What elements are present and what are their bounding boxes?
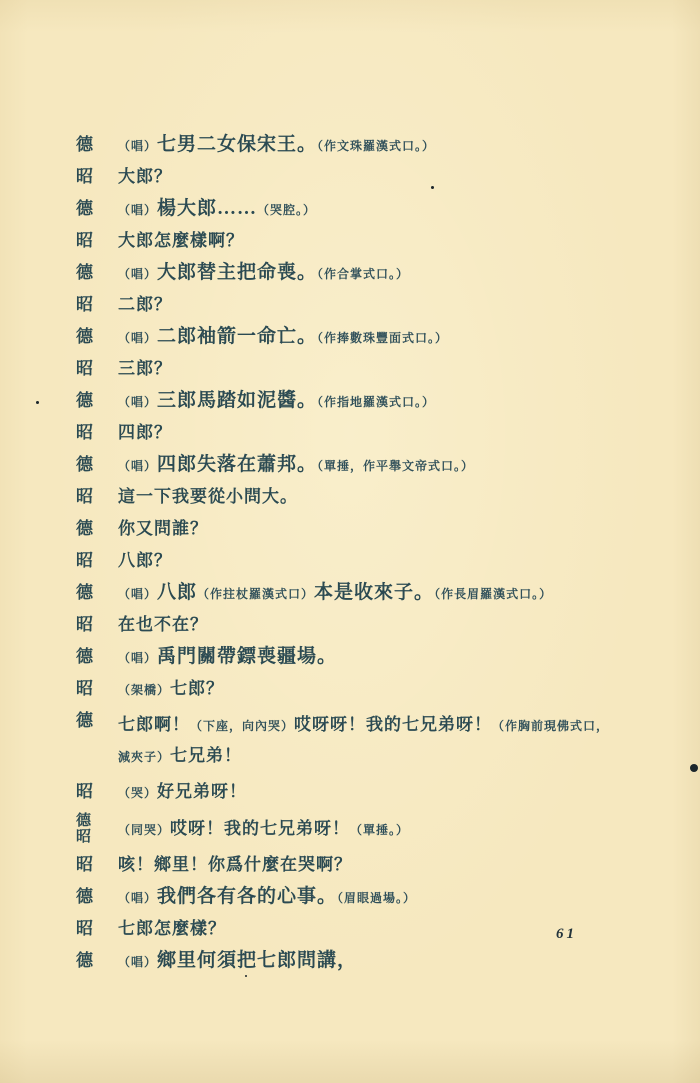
dialogue-content: （唱）四郎失落在蕭邦。（單捶，作平舉文帝式口。） — [118, 454, 474, 477]
stage-direction: （唱） — [118, 955, 157, 969]
dialogue-content: 三郎？ — [118, 358, 172, 381]
scanned-script-page: 德（唱）七男二女保宋王。（作文珠羅漢式口。）昭大郎？德（唱）楊大郎……（哭腔。）… — [0, 0, 700, 1083]
dialogue-text: 大郎替主把命喪。 — [157, 262, 317, 283]
ink-speck — [36, 401, 39, 404]
stage-direction: （唱） — [118, 459, 157, 473]
dialogue-content: （哭）好兄弟呀！ — [118, 781, 247, 804]
stage-direction: （唱） — [118, 891, 157, 905]
speaker-label: 昭 — [76, 230, 102, 252]
dialogue-row: 昭三郎？ — [76, 358, 621, 381]
speaker-label: 德 — [76, 710, 102, 732]
dialogue-text: 這一下我要從小問大。 — [118, 487, 298, 506]
dialogue-text: 在也不在？ — [118, 615, 208, 634]
dialogue-text: 大郎怎麼樣啊？ — [118, 231, 244, 250]
speaker-label: 德昭 — [76, 813, 102, 845]
dialogue-content: （唱）大郎替主把命喪。（作合掌式口。） — [118, 262, 409, 285]
dialogue-text: 本是收來子。 — [314, 582, 434, 603]
stage-direction: （眉眼過場。） — [337, 891, 416, 905]
dialogue-content: 你又問誰？ — [118, 518, 208, 541]
speaker-label: 德 — [76, 950, 102, 972]
dialogue-text: 八郎 — [157, 582, 197, 603]
dialogue-content: （架橋）七郎？ — [118, 678, 224, 701]
stage-direction: （單捶。） — [350, 823, 409, 837]
ink-speck — [690, 764, 698, 772]
dialogue-content: （唱）鄉里何須把七郎問講， — [118, 950, 357, 973]
dialogue-text: 鄉里何須把七郎問講， — [157, 950, 357, 971]
stage-direction: （作指地羅漢式口。） — [317, 395, 435, 409]
ink-speck — [431, 186, 434, 189]
stage-direction: （架橋） — [118, 683, 170, 697]
dialogue-text: 七男二女保宋王。 — [157, 134, 317, 155]
speaker-label: 德 — [76, 646, 102, 668]
dialogue-content: （唱）八郎（作拄杖羅漢式口）本是收來子。（作長眉羅漢式口。） — [118, 582, 552, 605]
speaker-label: 昭 — [76, 422, 102, 444]
stage-direction: （唱） — [118, 203, 157, 217]
dialogue-content: （唱）三郎馬踏如泥醬。（作指地羅漢式口。） — [118, 390, 435, 413]
speaker-label: 昭 — [76, 294, 102, 316]
speaker-label: 德 — [76, 198, 102, 220]
dialogue-row: 德（唱）三郎馬踏如泥醬。（作指地羅漢式口。） — [76, 390, 621, 413]
speaker-label: 德 — [76, 582, 102, 604]
dialogue-text: 哎呀呀！我的七兄弟呀！ — [294, 715, 492, 734]
dialogue-content: 在也不在？ — [118, 614, 208, 637]
dialogue-text: 七郎啊！ — [118, 715, 190, 734]
dialogue-row: 昭（哭）好兄弟呀！ — [76, 781, 621, 804]
speaker-label: 德 — [76, 518, 102, 540]
dialogue-row: 德（唱）禹門關帶鏢喪疆場。 — [76, 646, 621, 669]
stage-direction: （唱） — [118, 331, 157, 345]
stage-direction: （下座，向內哭） — [190, 719, 294, 733]
dialogue-text: 二郎？ — [118, 295, 172, 314]
dialogue-text: 你又問誰？ — [118, 519, 208, 538]
stage-direction: （作拄杖羅漢式口） — [197, 587, 314, 601]
dialogue-content: 四郎？ — [118, 422, 172, 445]
dialogue-content: （同哭）哎呀！我的七兄弟呀！（單捶。） — [118, 818, 409, 841]
speaker-label: 昭 — [76, 550, 102, 572]
speaker-label: 德 — [76, 886, 102, 908]
dialogue-row: 昭在也不在？ — [76, 614, 621, 637]
stage-direction: （唱） — [118, 267, 157, 281]
dialogue-text: 三郎馬踏如泥醬。 — [157, 390, 317, 411]
speaker-label: 德 — [76, 134, 102, 156]
stage-direction: （作捧數珠豐面式口。） — [317, 331, 448, 345]
dialogue-content: （唱）二郎袖箭一命亡。（作捧數珠豐面式口。） — [118, 326, 448, 349]
speaker-label: 昭 — [76, 918, 102, 940]
dialogue-row: 昭八郎？ — [76, 550, 621, 573]
dialogue-content: 這一下我要從小問大。 — [118, 486, 298, 509]
dialogue-text: 咳！鄉里！你爲什麼在哭啊？ — [118, 855, 352, 874]
dialogue-text: 禹門關帶鏢喪疆場。 — [157, 646, 337, 667]
dialogue-content: （唱）楊大郎……（哭腔。） — [118, 198, 316, 221]
dialogue-row: 德（唱）四郎失落在蕭邦。（單捶，作平舉文帝式口。） — [76, 454, 621, 477]
ink-speck — [245, 975, 247, 977]
dialogue-row: 德（唱）鄉里何須把七郎問講， — [76, 950, 621, 973]
stage-direction: （同哭） — [118, 823, 170, 837]
dialogue-content: 大郎怎麼樣啊？ — [118, 230, 244, 253]
speaker-label: 德 — [76, 390, 102, 412]
dialogue-text: 好兄弟呀！ — [157, 782, 247, 801]
stage-direction: （作合掌式口。） — [317, 267, 409, 281]
stage-direction: （作長眉羅漢式口。） — [434, 587, 552, 601]
dialogue-text: 七郎怎麼樣？ — [118, 919, 226, 938]
dialogue-row: 德（唱）大郎替主把命喪。（作合掌式口。） — [76, 262, 621, 285]
speaker-label: 昭 — [76, 678, 102, 700]
speaker-label: 德 — [76, 326, 102, 348]
dialogue-row: 昭咳！鄉里！你爲什麼在哭啊？ — [76, 854, 621, 877]
speaker-label: 昭 — [76, 614, 102, 636]
dialogue-text: 大郎？ — [118, 167, 172, 186]
dialogue-text: 七兄弟！ — [170, 746, 242, 765]
dialogue-row: 德（唱）八郎（作拄杖羅漢式口）本是收來子。（作長眉羅漢式口。） — [76, 582, 621, 605]
dialogue-text: 七郎？ — [170, 679, 224, 698]
dialogue-text: 楊大郎…… — [157, 198, 257, 219]
speaker-label: 昭 — [76, 166, 102, 188]
speaker-label: 德 — [76, 454, 102, 476]
dialogue-text: 二郎袖箭一命亡。 — [157, 326, 317, 347]
dialogue-content: 咳！鄉里！你爲什麼在哭啊？ — [118, 854, 352, 877]
dialogue-row: 昭（架橋）七郎？ — [76, 678, 621, 701]
dialogue-text: 哎呀！我的七兄弟呀！ — [170, 819, 350, 838]
dialogue-text: 四郎失落在蕭邦。 — [157, 454, 317, 475]
speaker-label: 昭 — [76, 358, 102, 380]
stage-direction: （唱） — [118, 395, 157, 409]
dialogue-row: 德昭（同哭）哎呀！我的七兄弟呀！（單捶。） — [76, 813, 621, 845]
stage-direction: （哭） — [118, 786, 157, 800]
stage-direction: （作文珠羅漢式口。） — [317, 139, 435, 153]
dialogue-row: 昭二郎？ — [76, 294, 621, 317]
dialogue-content: 七郎怎麼樣？ — [118, 918, 226, 941]
dialogue-content: （唱）禹門關帶鏢喪疆場。 — [118, 646, 337, 669]
dialogue-row: 德（唱）我們各有各的心事。（眉眼過場。） — [76, 886, 621, 909]
dialogue-text: 四郎？ — [118, 423, 172, 442]
speaker-label: 德 — [76, 262, 102, 284]
dialogue-text: 三郎？ — [118, 359, 172, 378]
stage-direction: （唱） — [118, 651, 157, 665]
stage-direction: （唱） — [118, 587, 157, 601]
dialogue-row: 德（唱）楊大郎……（哭腔。） — [76, 198, 621, 221]
stage-direction: （唱） — [118, 139, 157, 153]
dialogue-row: 德（唱）七男二女保宋王。（作文珠羅漢式口。） — [76, 134, 621, 157]
dialogue-content: 二郎？ — [118, 294, 172, 317]
dialogue-content: 七郎啊！（下座，向內哭）哎呀呀！我的七兄弟呀！（作胸前現佛式口，減夾子）七兄弟！ — [118, 710, 618, 772]
dialogue-row: 昭四郎？ — [76, 422, 621, 445]
page-number: 61 — [556, 926, 577, 943]
dialogue-content: （唱）我們各有各的心事。（眉眼過場。） — [118, 886, 416, 909]
speaker-label: 昭 — [76, 486, 102, 508]
dialogue-row: 昭大郎？ — [76, 166, 621, 189]
stage-direction: （單捶，作平舉文帝式口。） — [317, 459, 474, 473]
dialogue-row: 昭大郎怎麼樣啊？ — [76, 230, 621, 253]
speaker-label: 昭 — [76, 781, 102, 803]
speaker-label: 昭 — [76, 854, 102, 876]
dialogue-row: 昭這一下我要從小問大。 — [76, 486, 621, 509]
dialogue-content: （唱）七男二女保宋王。（作文珠羅漢式口。） — [118, 134, 435, 157]
dialogue-row: 德（唱）二郎袖箭一命亡。（作捧數珠豐面式口。） — [76, 326, 621, 349]
dialogue-content: 大郎？ — [118, 166, 172, 189]
dialogue-text: 我們各有各的心事。 — [157, 886, 337, 907]
dialogue-list: 德（唱）七男二女保宋王。（作文珠羅漢式口。）昭大郎？德（唱）楊大郎……（哭腔。）… — [76, 134, 621, 982]
stage-direction: （哭腔。） — [257, 203, 316, 217]
dialogue-row: 德七郎啊！（下座，向內哭）哎呀呀！我的七兄弟呀！（作胸前現佛式口，減夾子）七兄弟… — [76, 710, 621, 772]
dialogue-text: 八郎？ — [118, 551, 172, 570]
dialogue-row: 德你又問誰？ — [76, 518, 621, 541]
dialogue-content: 八郎？ — [118, 550, 172, 573]
dialogue-row: 昭七郎怎麼樣？ — [76, 918, 621, 941]
